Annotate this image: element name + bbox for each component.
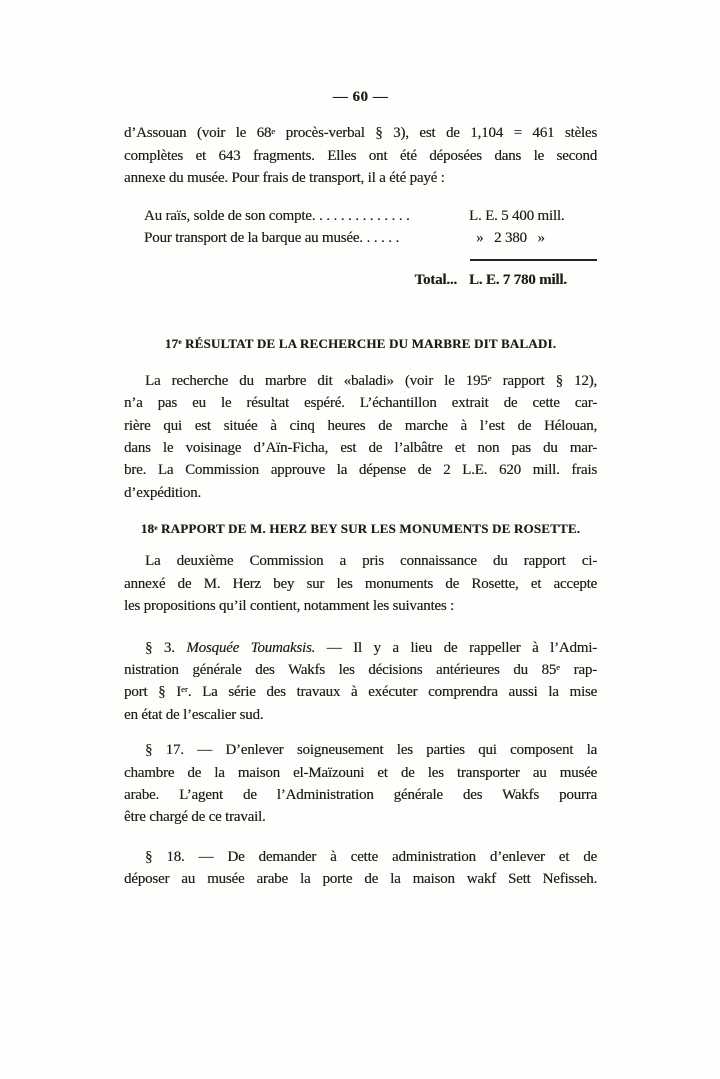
scanned-page: — 60 — d’Assouan (voir le 68e procès-ver…	[0, 0, 720, 1079]
table-row: Pour transport de la barque au musée....…	[124, 227, 597, 249]
total-label: Total...	[124, 269, 469, 291]
total-amount: L. E. 7 780 mill.	[469, 269, 597, 291]
text-line: d’Assouan (voir le 68e procès-verbal § 3…	[124, 122, 597, 144]
text-line: annexé de M. Herz bey sur les monuments …	[124, 573, 597, 595]
text-line: 18e RAPPORT DE M. HERZ BEY SUR LES MONUM…	[124, 521, 597, 537]
text-line: 17e RÉSULTAT DE LA RECHERCHE DU MARBRE D…	[124, 336, 597, 352]
text-line: arabe. L’agent de l’Administration génér…	[124, 784, 597, 806]
opening-paragraph: d’Assouan (voir le 68e procès-verbal § 3…	[124, 122, 597, 189]
payment-label-text: Au raïs, solde de son compte	[144, 208, 312, 224]
clause-3-paragraph: § 3. Mosquée Toumaksis. — Il y a lieu de…	[124, 637, 597, 727]
text-line: chambre de la maison el-Maïzouni et de l…	[124, 762, 597, 784]
clause-18-paragraph: § 18. — De demander à cette administrati…	[124, 846, 597, 891]
text-line: les propositions qu’il contient, notamme…	[124, 595, 597, 617]
payment-label: Pour transport de la barque au musée....…	[124, 227, 469, 249]
text-line: dans le voisinage d’Aïn-Ficha, est de l’…	[124, 437, 597, 459]
text-line: déposer au musée arabe la porte de la ma…	[124, 868, 597, 890]
dot-leader: ..............	[312, 208, 414, 224]
text-line: § 3. Mosquée Toumaksis. — Il y a lieu de…	[124, 637, 597, 659]
text-line: n’a pas eu le résultat espéré. L’échanti…	[124, 392, 597, 414]
text-line: bre. La Commission approuve la dépense d…	[124, 459, 597, 481]
payment-label-text: Pour transport de la barque au musée	[144, 230, 359, 246]
dot-leader: ......	[359, 230, 403, 246]
text-line: d’expédition.	[124, 482, 597, 504]
section-17-heading: 17e RÉSULTAT DE LA RECHERCHE DU MARBRE D…	[124, 336, 597, 352]
section-18-paragraph: La deuxième Commission a pris connaissan…	[124, 550, 597, 617]
text-line: rière qui est située à cinq heures de ma…	[124, 415, 597, 437]
text-line: en état de l’escalier sud.	[124, 704, 597, 726]
text-line: annexe du musée. Pour frais de transport…	[124, 167, 597, 189]
total-rule	[470, 259, 597, 261]
section-17-paragraph: La recherche du marbre dit «baladi» (voi…	[124, 370, 597, 504]
text-line: La recherche du marbre dit «baladi» (voi…	[124, 370, 597, 392]
text-line: port § Ier. La série des travaux à exécu…	[124, 681, 597, 703]
text-line: § 17. — D’enlever soigneusement les part…	[124, 739, 597, 761]
payment-label: Au raïs, solde de son compte............…	[124, 205, 469, 227]
payment-table: Au raïs, solde de son compte............…	[124, 205, 597, 292]
page-content: — 60 — d’Assouan (voir le 68e procès-ver…	[124, 86, 597, 891]
page-number: — 60 —	[124, 86, 597, 108]
payment-amount: L. E. 5 400 mill.	[469, 205, 597, 227]
payment-amount: » 2 380 »	[469, 227, 597, 249]
text-line: être chargé de ce travail.	[124, 806, 597, 828]
section-18-heading: 18e RAPPORT DE M. HERZ BEY SUR LES MONUM…	[124, 521, 597, 537]
text-line: nistration générale des Wakfs les décisi…	[124, 659, 597, 681]
text-line: La deuxième Commission a pris connaissan…	[124, 550, 597, 572]
total-rule-row	[124, 259, 597, 261]
text-line: § 18. — De demander à cette administrati…	[124, 846, 597, 868]
text-line: complètes et 643 fragments. Elles ont ét…	[124, 145, 597, 167]
clause-17-paragraph: § 17. — D’enlever soigneusement les part…	[124, 739, 597, 829]
table-row: Au raïs, solde de son compte............…	[124, 205, 597, 227]
total-row: Total... L. E. 7 780 mill.	[124, 269, 597, 291]
